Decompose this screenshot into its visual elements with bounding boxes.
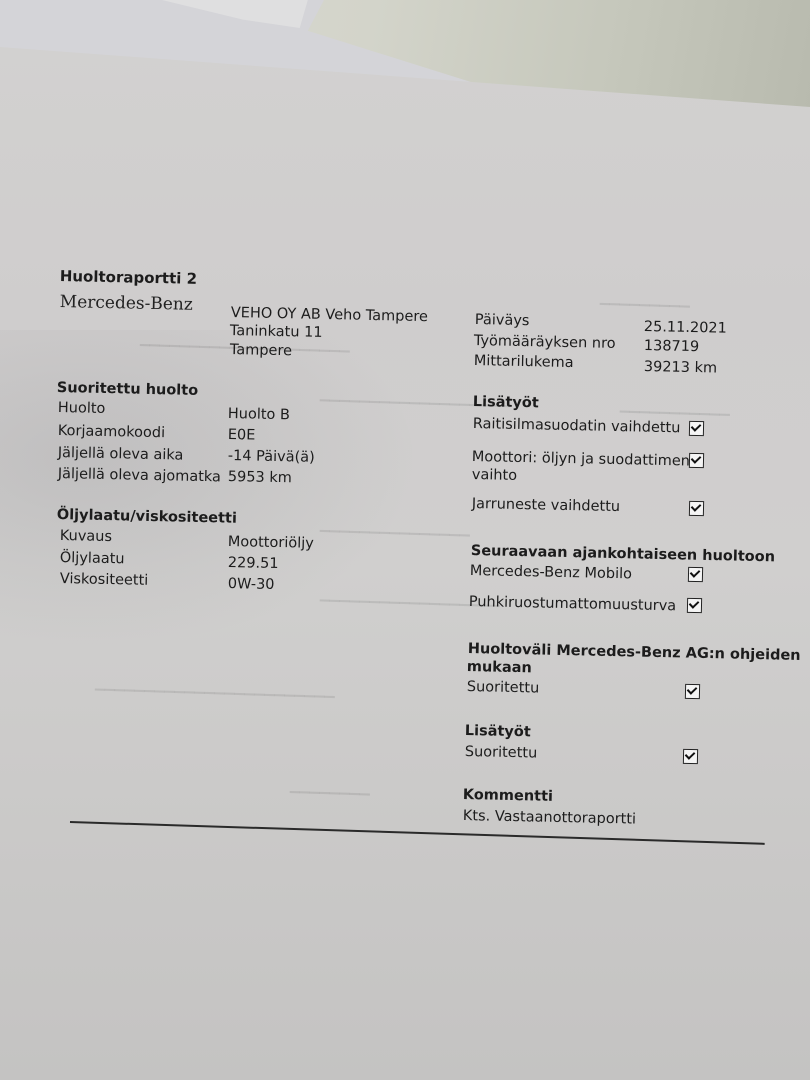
row-label: Jäljellä oleva ajomatka <box>58 466 221 485</box>
meta-value-odometer: 39213 km <box>644 359 718 377</box>
checklist-item-label: Jarruneste vaihdettu <box>472 496 621 515</box>
meta-label-date: Päiväys <box>475 312 530 329</box>
section-heading-interval-continued: mukaan <box>467 659 532 676</box>
meta-value-date: 25.11.2021 <box>644 319 727 337</box>
meta-label-work-order: Työmääräyksen nro <box>474 333 616 352</box>
checkbox-checked[interactable] <box>689 501 704 516</box>
row-label: Huolto <box>58 400 106 417</box>
report-title: Huoltoraportti 2 <box>60 267 198 288</box>
section-heading-extra-work-2: Lisätyöt <box>465 723 531 740</box>
row-label: Kuvaus <box>60 528 113 545</box>
checklist-item-label: Mercedes-Benz Mobilo <box>470 563 632 582</box>
meta-value-work-order: 138719 <box>644 338 700 355</box>
row-value: 229.51 <box>228 555 279 572</box>
dealer-city: Tampere <box>230 342 292 359</box>
meta-label-odometer: Mittarilukema <box>474 353 574 371</box>
checkbox-checked[interactable] <box>688 567 703 582</box>
checkbox-checked[interactable] <box>687 598 702 613</box>
section-heading-comment: Kommentti <box>463 787 553 805</box>
checkbox-checked[interactable] <box>689 421 704 436</box>
row-value: Moottoriöljy <box>228 534 314 552</box>
row-label: Viskositeetti <box>60 571 149 589</box>
checklist-item-label: Suoritettu <box>465 744 538 762</box>
brand-logo-text: Mercedes-Benz <box>60 292 193 315</box>
row-value: E0E <box>228 427 256 444</box>
checklist-item-label-continued: vaihto <box>472 467 518 484</box>
checkbox-checked[interactable] <box>689 453 704 468</box>
dealer-street: Taninkatu 11 <box>230 323 323 341</box>
row-value: 5953 km <box>228 469 292 486</box>
row-value: Huolto B <box>228 406 290 423</box>
checkbox-checked[interactable] <box>683 749 698 764</box>
row-label: Jäljellä oleva aika <box>58 445 184 464</box>
row-value: -14 Päivä(ä) <box>228 448 315 466</box>
checkbox-checked[interactable] <box>685 684 700 699</box>
section-heading-extra-work: Lisätyöt <box>473 394 539 411</box>
section-heading-performed-service: Suoritettu huolto <box>57 380 199 399</box>
show-through-text: ▁▁▁▁▁▁▁▁ <box>290 779 370 797</box>
show-through-text: ▁▁▁▁▁▁▁▁▁ <box>600 291 690 309</box>
row-label: Öljylaatu <box>60 550 125 567</box>
row-value: 0W-30 <box>228 576 275 593</box>
checklist-item-label: Suoritettu <box>467 679 540 697</box>
row-label: Korjaamokoodi <box>58 423 166 441</box>
